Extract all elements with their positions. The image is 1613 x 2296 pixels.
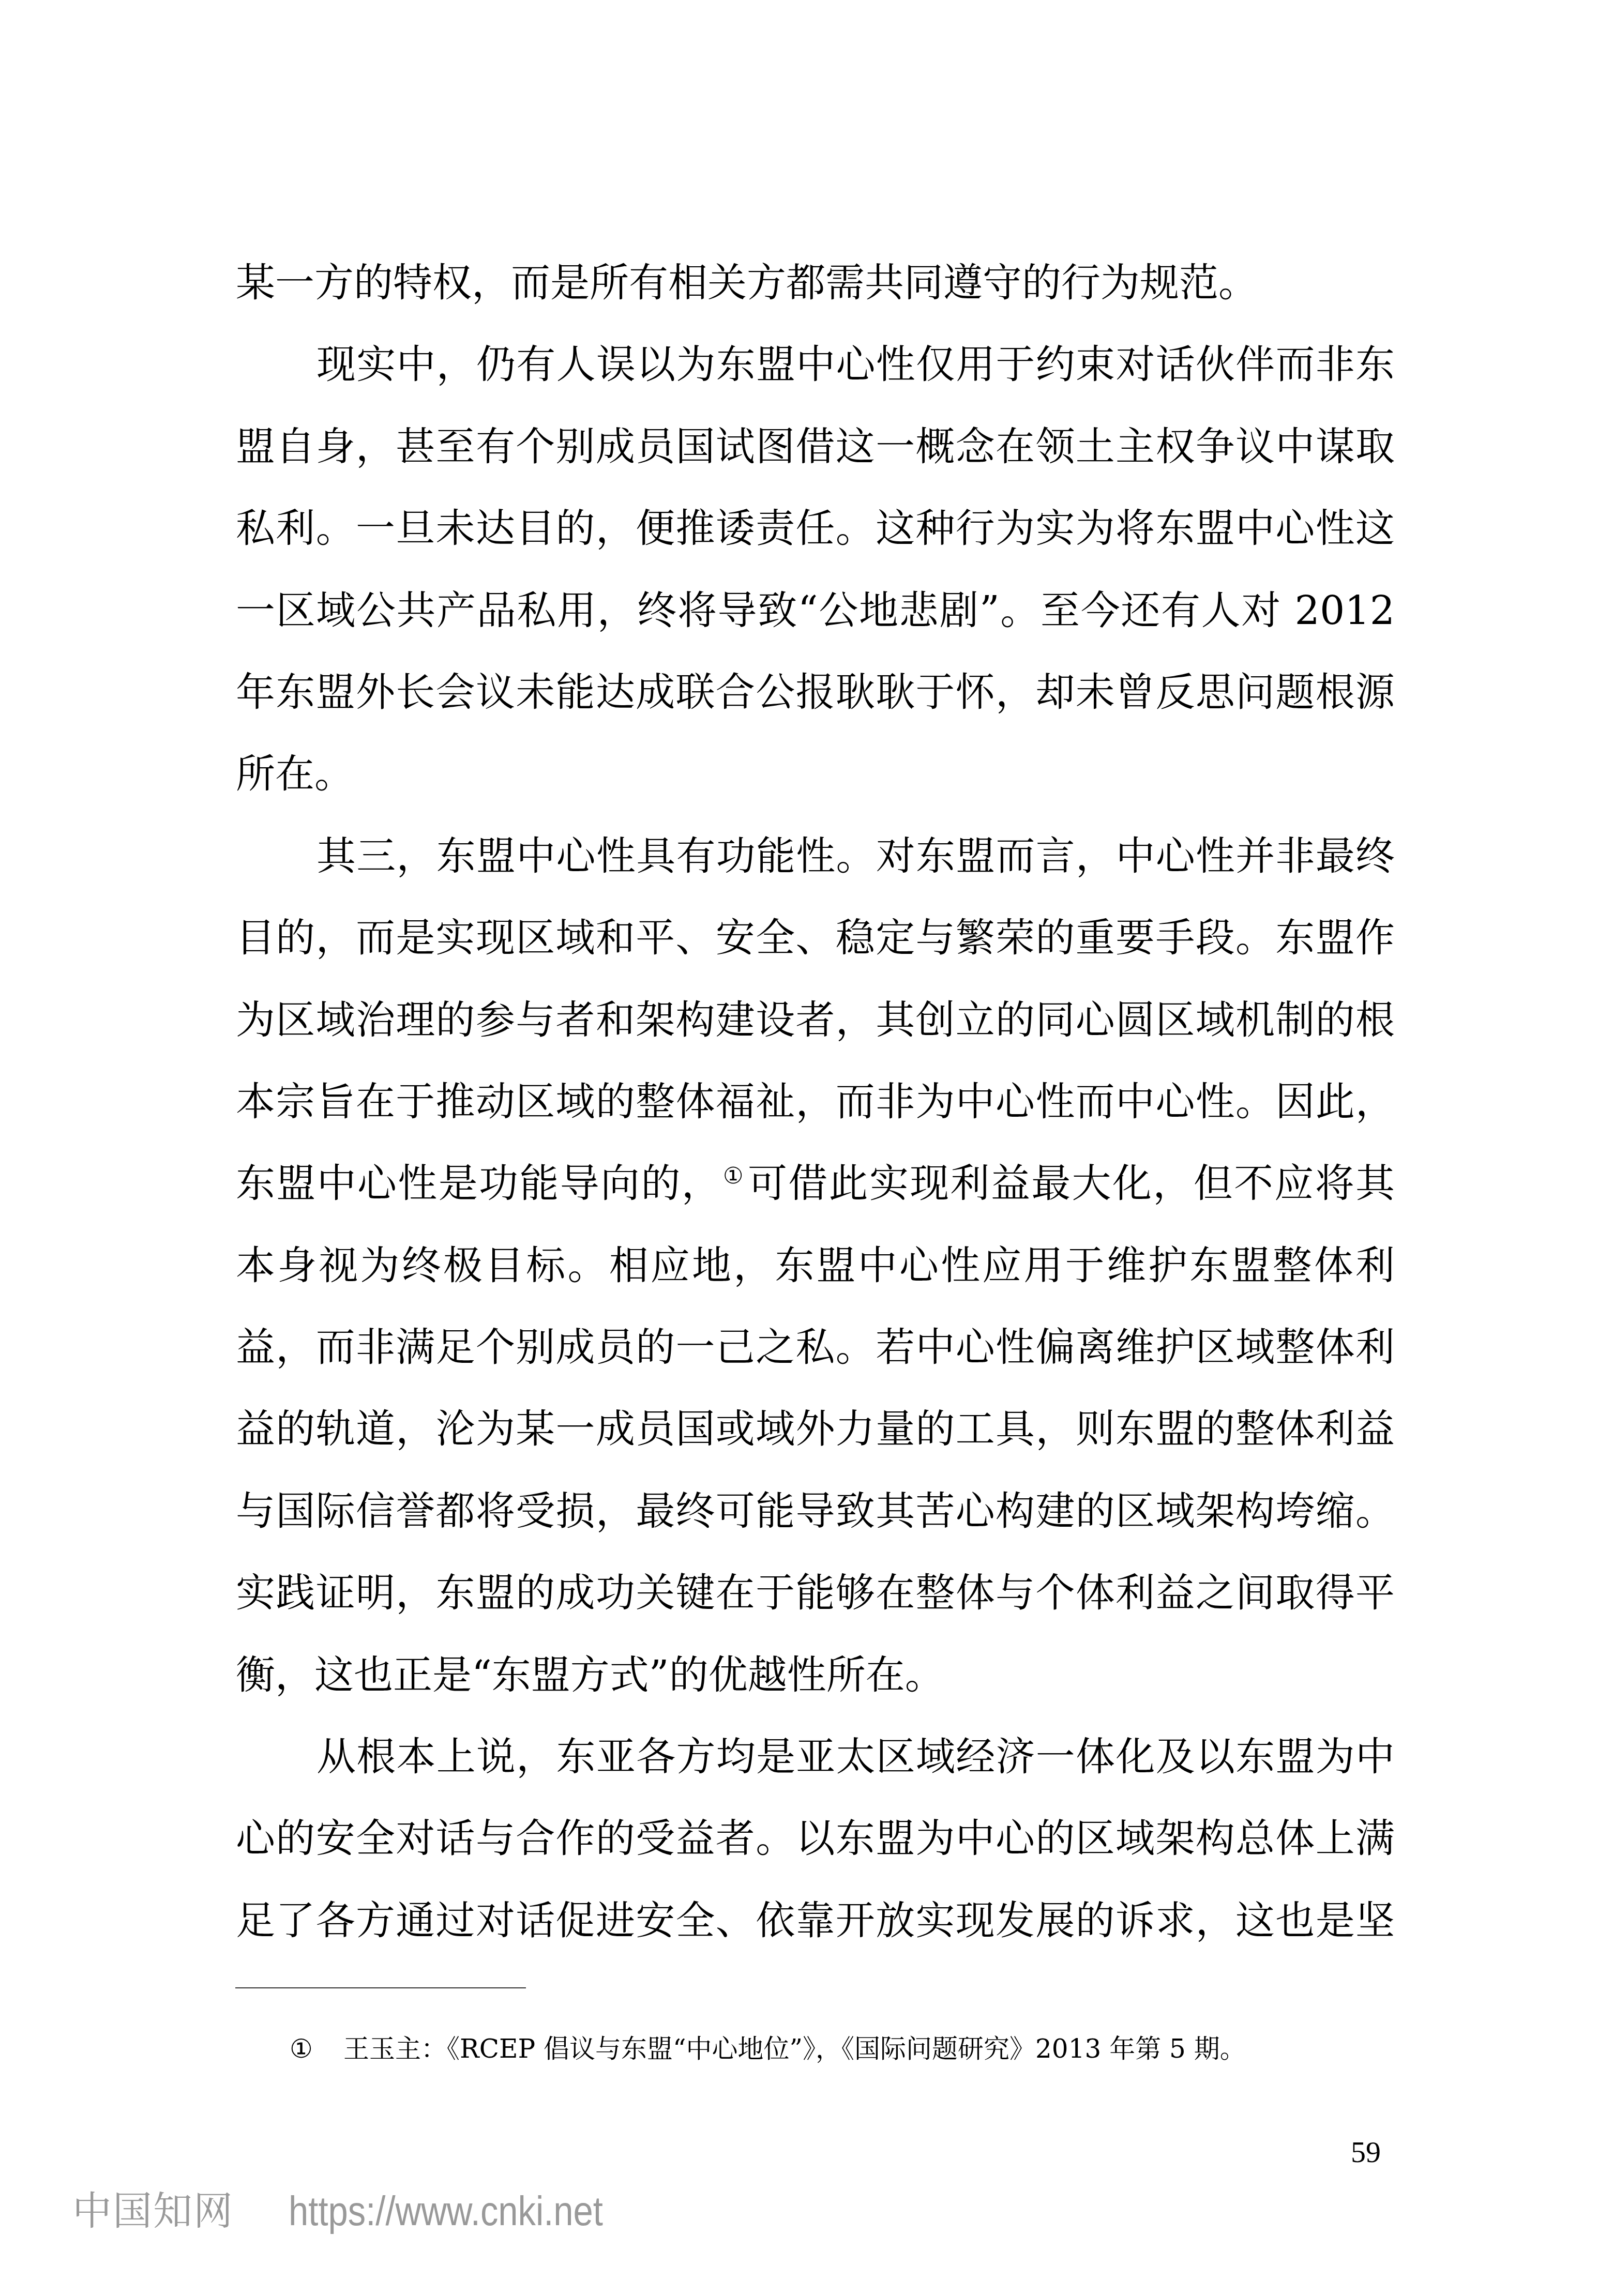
- text-line: 本宗旨在于推动区域的整体福祉，而非为中心性而中心性。因此，: [236, 1061, 1395, 1143]
- footnote-divider: [235, 1987, 526, 1988]
- text-line: 与国际信誉都将受损，最终可能导致其苦心构建的区域架构垮缩。: [236, 1470, 1395, 1552]
- text-line: 一区域公共产品私用，终将导致“公地悲剧”。至今还有人对 2012: [236, 570, 1395, 651]
- text-line: 盟自身，甚至有个别成员国试图借这一概念在领土主权争议中谋取: [236, 406, 1395, 488]
- text-line: 益，而非满足个别成员的一己之私。若中心性偏离维护区域整体利: [236, 1306, 1395, 1388]
- text-line: 所在。: [236, 733, 1395, 815]
- text-line: 足了各方通过对话促进安全、依靠开放实现发展的诉求，这也是坚: [236, 1880, 1395, 1962]
- text-line: 私利。一旦未达目的，便推诿责任。这种行为实为将东盟中心性这: [236, 488, 1395, 569]
- text-line: 从根本上说，东亚各方均是亚太区域经济一体化及以东盟为中: [236, 1716, 1395, 1798]
- body-text: 某一方的特权，而是所有相关方都需共同遵守的行为规范。 现实中，仍有人误以为东盟中…: [236, 242, 1395, 1962]
- footnote-text: 王玉主：《RCEP 倡议与东盟“中心地位”》，《国际问题研究》2013 年第 5…: [343, 2034, 1246, 2064]
- text-line: 目的，而是实现区域和平、安全、稳定与繁荣的重要手段。东盟作: [236, 897, 1395, 979]
- footnote: ①王玉主：《RCEP 倡议与东盟“中心地位”》，《国际问题研究》2013 年第 …: [290, 2031, 1246, 2067]
- text-segment: 东盟中心性是功能导向的，: [236, 1160, 722, 1206]
- text-line: 其三，东盟中心性具有功能性。对东盟而言，中心性并非最终: [236, 815, 1395, 897]
- text-segment: 可借此实现利益最大化，但不应将其: [748, 1160, 1395, 1206]
- text-line: 年东盟外长会议未能达成联合公报耿耿于怀，却未曾反思问题根源: [236, 651, 1395, 733]
- text-line: 为区域治理的参与者和架构建设者，其创立的同心圆区域机制的根: [236, 979, 1395, 1061]
- text-line-with-footnote-ref: 东盟中心性是功能导向的，①可借此实现利益最大化，但不应将其: [236, 1143, 1395, 1224]
- page-number: 59: [1351, 2134, 1381, 2170]
- text-line: 本身视为终极目标。相应地，东盟中心性应用于维护东盟整体利: [236, 1225, 1395, 1306]
- text-line: 现实中，仍有人误以为东盟中心性仅用于约束对话伙伴而非东: [236, 324, 1395, 405]
- text-line: 益的轨道，沦为某一成员国或域外力量的工具，则东盟的整体利益: [236, 1388, 1395, 1470]
- watermark-url: https://www.cnki.net: [289, 2183, 603, 2240]
- footnote-reference-link[interactable]: ①: [723, 1163, 745, 1189]
- text-line: 实践证明，东盟的成功关键在于能够在整体与个体利益之间取得平: [236, 1552, 1395, 1634]
- text-line: 衡，这也正是“东盟方式”的优越性所在。: [236, 1634, 1395, 1716]
- footnote-mark: ①: [290, 2031, 343, 2067]
- text-line: 心的安全对话与合作的受益者。以东盟为中心的区域架构总体上满: [236, 1798, 1395, 1879]
- text-line: 某一方的特权，而是所有相关方都需共同遵守的行为规范。: [236, 242, 1395, 324]
- document-page: 某一方的特权，而是所有相关方都需共同遵守的行为规范。 现实中，仍有人误以为东盟中…: [0, 0, 1613, 2296]
- watermark-brand: 中国知网: [72, 2183, 234, 2240]
